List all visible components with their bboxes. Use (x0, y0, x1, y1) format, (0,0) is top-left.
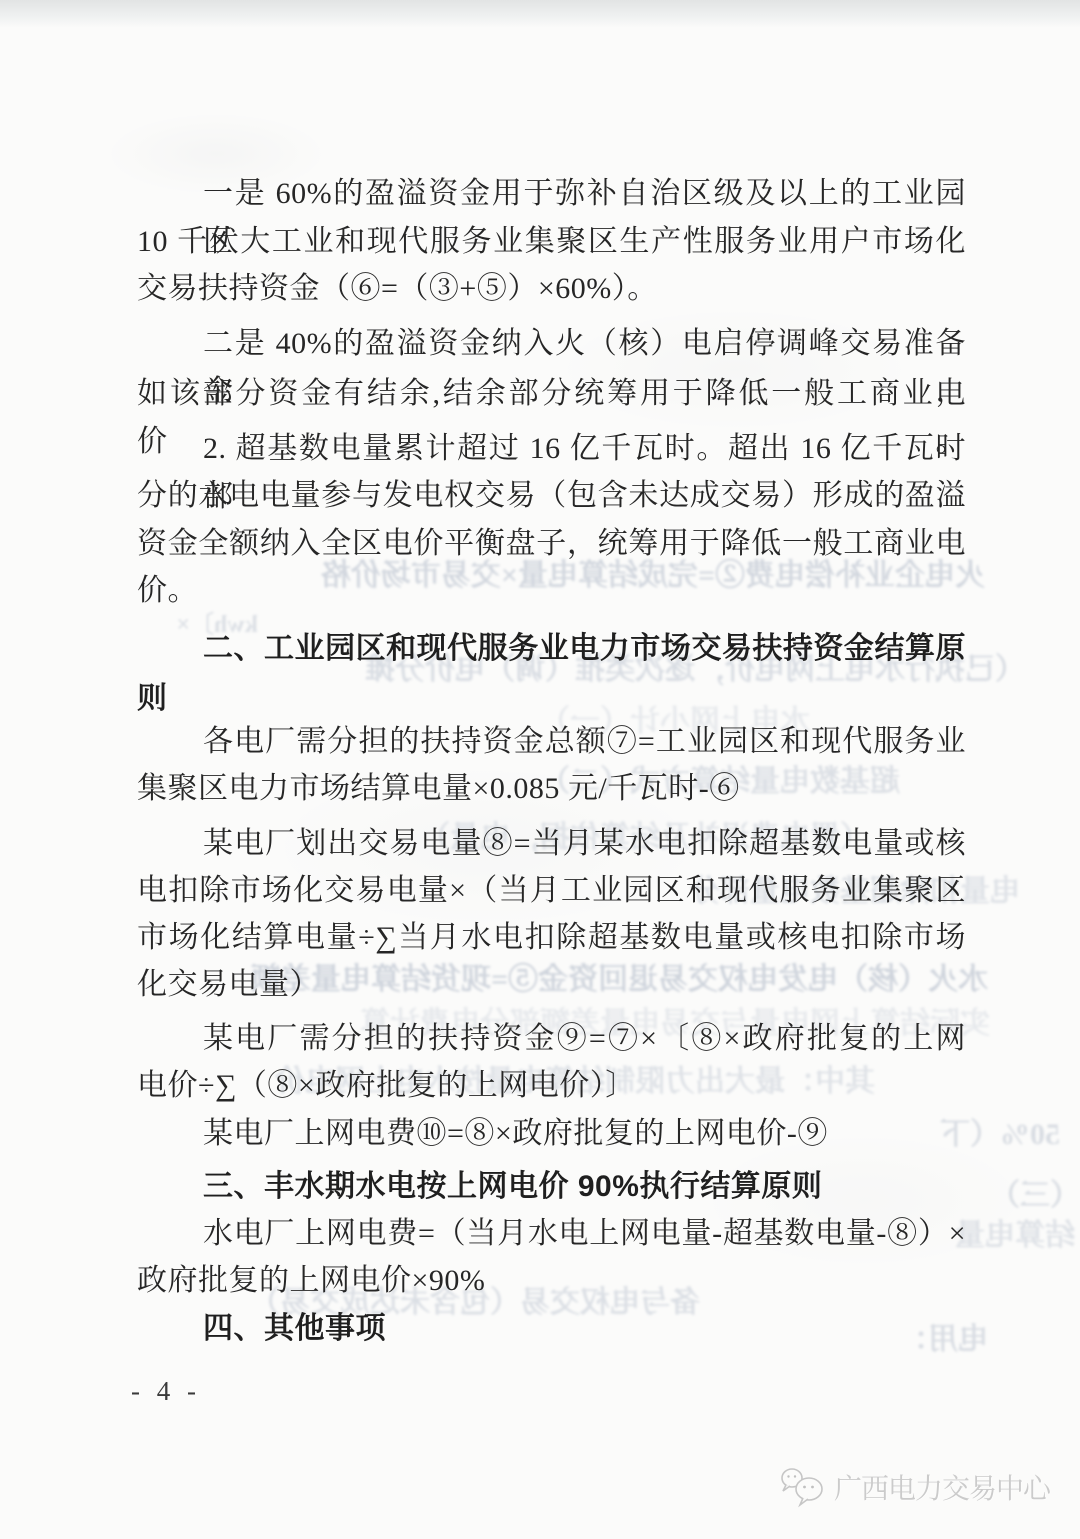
body-line: 资金全额纳入全区电价平衡盘子，统筹用于降低一般工商业电 (137, 520, 966, 568)
section-heading: 二、工业园区和现代服务业电力市场交易扶持资金结算原 (137, 625, 966, 673)
body-line: 二是 40%的盈溢资金纳入火（核）电启停调峰交易准备金， (137, 320, 966, 368)
watermark: 广西电力交易中心 (779, 1466, 1050, 1508)
body-line: 价。 (137, 567, 966, 615)
bleedthrough-text: （三） (995, 1176, 1080, 1216)
section-heading: 四、其他事项 (137, 1305, 966, 1353)
body-line: 电价÷∑（⑧×政府批复的上网电价）〕 (137, 1062, 966, 1110)
body-line: 如该部分资金有结余,结余部分统筹用于降低一般工商业电价。 (137, 370, 966, 418)
body-line: 化交易电量） (137, 961, 966, 1009)
body-line: 市场化结算电量÷∑当月水电扣除超基数电量或核电扣除市场 (137, 914, 966, 962)
body-line: 2. 超基数电量累计超过 16 亿千瓦时。超出 16 亿千瓦时部 (137, 425, 966, 473)
body-line: 某电厂划出交易电量⑧=当月某水电扣除超基数电量或核 (137, 820, 966, 868)
body-line: 电扣除市场化交易电量×（当月工业园区和现代服务业集聚区 (137, 867, 966, 915)
scan-edge-band (0, 0, 1080, 28)
body-line: 各电厂需分担的扶持资金总额⑦=工业园区和现代服务业 (137, 718, 966, 766)
document-page: 火电企业补偿电费②=完成结算电量×交易市场价格 kwh〕× （已执行水电上网电价… (0, 0, 1080, 1539)
section-heading: 三、丰水期水电按上网电价 90%执行结算原则 (137, 1163, 966, 1211)
body-line: 一是 60%的盈溢资金用于弥补自治区级及以上的工业园区 (137, 170, 966, 218)
body-line: 10 千伏大工业和现代服务业集聚区生产性服务业用户市场化 (137, 218, 966, 266)
section-heading: 则 (137, 675, 966, 723)
body-line: 某电厂上网电费⑩=⑧×政府批复的上网电价-⑨ (137, 1110, 966, 1158)
body-line: 集聚区电力市场结算电量×0.085 元/千瓦时-⑥ (137, 765, 966, 813)
watermark-label: 广西电力交易中心 (834, 1467, 1050, 1507)
wechat-icon (779, 1466, 827, 1508)
body-line: 水电厂上网电费=（当月水电上网电量-超基数电量-⑧）× (137, 1210, 966, 1258)
body-line: 某电厂需分担的扶持资金⑨=⑦×〔⑧×政府批复的上网 (137, 1015, 966, 1063)
body-line: 分的水电电量参与发电权交易（包含未达成交易）形成的盈溢 (137, 472, 966, 520)
body-line: 政府批复的上网电价×90% (137, 1257, 966, 1305)
page-number: - 4 - (131, 1376, 201, 1407)
body-line: 交易扶持资金（⑥=（③+⑤）×60%）。 (137, 265, 966, 313)
